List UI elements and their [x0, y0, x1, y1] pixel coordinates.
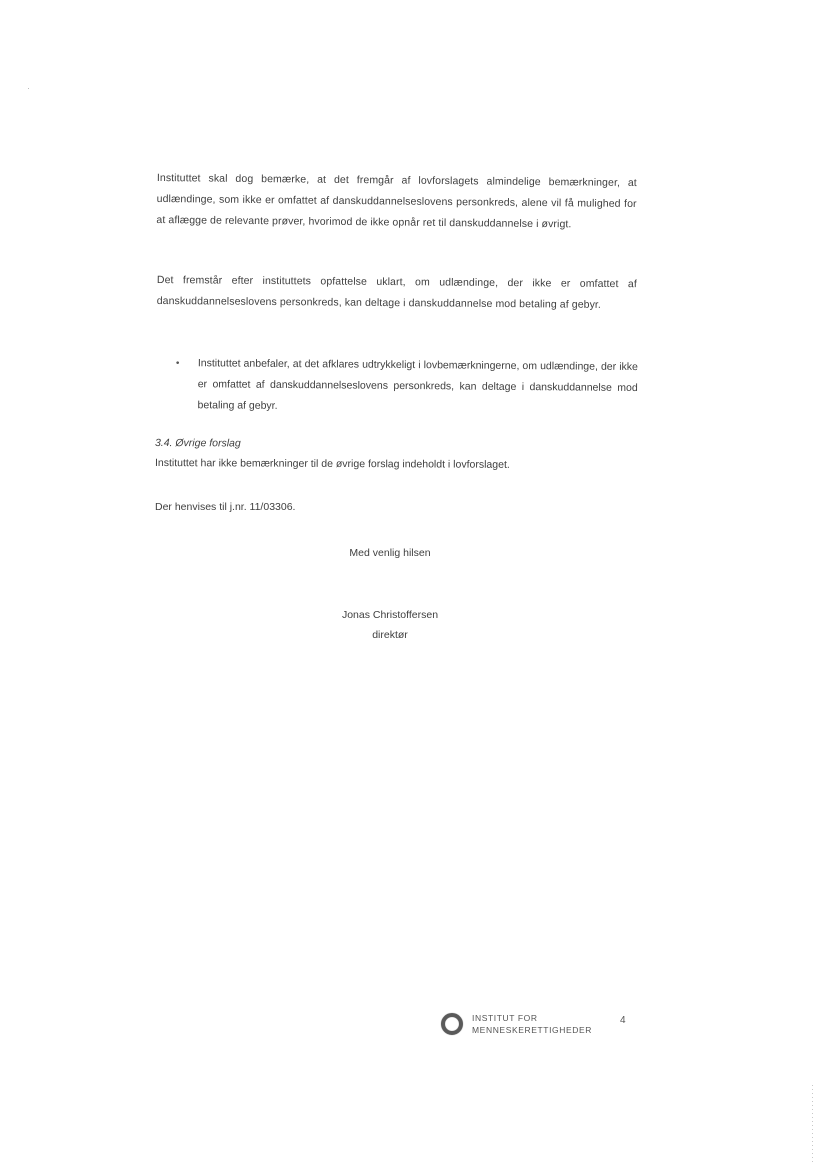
- scan-edge-marks: [812, 1085, 813, 1165]
- logo-text: INSTITUT FOR MENNESKERETTIGHEDER: [472, 1012, 592, 1036]
- logo-line-1: INSTITUT FOR: [472, 1012, 592, 1024]
- paragraph-remarks: Instituttet skal dog bemærke, at det fre…: [156, 168, 637, 236]
- logo-ring-icon: [441, 1013, 463, 1035]
- document-page: Instituttet skal dog bemærke, at det fre…: [0, 0, 827, 1169]
- recommendation-bullet: • Instituttet anbefaler, at det afklares…: [175, 353, 638, 420]
- closing-greeting: Med venlig hilsen: [290, 547, 490, 559]
- signatory-title: direktør: [290, 629, 490, 641]
- bullet-icon: •: [175, 353, 198, 416]
- page-number: 4: [620, 1015, 626, 1026]
- scan-speck: [28, 88, 29, 89]
- recommendation-text: Instituttet anbefaler, at det afklares u…: [197, 353, 638, 420]
- reference-line: Der henvises til j.nr. 11/03306.: [155, 501, 295, 513]
- section-text: Instituttet har ikke bemærkninger til de…: [155, 457, 510, 471]
- logo-line-2: MENNESKERETTIGHEDER: [472, 1024, 592, 1036]
- section-heading: 3.4. Øvrige forslag: [155, 437, 241, 449]
- institute-logo: INSTITUT FOR MENNESKERETTIGHEDER: [441, 1012, 592, 1036]
- paragraph-unclear: Det fremstår efter instituttets opfattel…: [157, 270, 637, 316]
- signatory-name: Jonas Christoffersen: [290, 609, 490, 621]
